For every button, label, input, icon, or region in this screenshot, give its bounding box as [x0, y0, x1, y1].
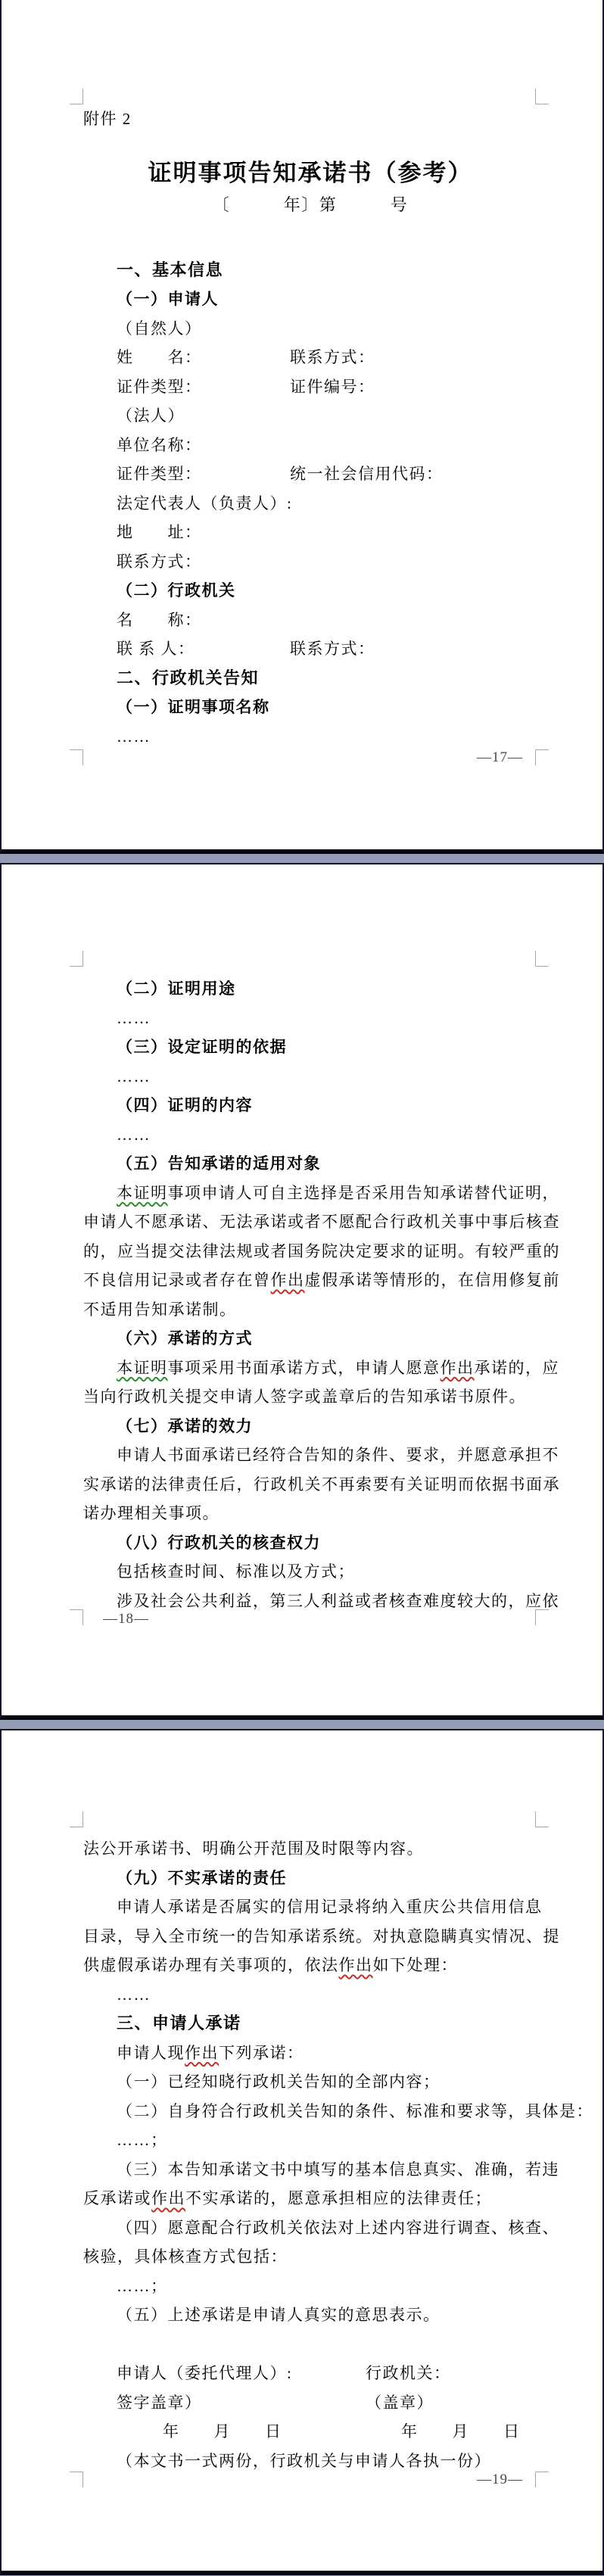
doc-line: 申请人承诺是否属实的信用记录将纳入重庆公共信用信息 — [83, 1892, 537, 1922]
doc-line-left: 年 月 日 — [163, 2417, 282, 2447]
doc-line: 的，应当提交法律法规或者国务院决定要求的证明。有较严重的 — [83, 1237, 537, 1266]
section-heading: 一、基本信息 — [83, 256, 537, 285]
doc-line: 诺办理相关事项。 — [83, 1499, 537, 1528]
doc-line-right: （盖章） — [366, 2388, 434, 2418]
margin-corner-mark — [70, 951, 83, 967]
doc-line: 目录，导入全市统一的告知承诺系统。对执意隐瞒真实情况、提 — [83, 1922, 537, 1951]
doc-line: 申请人现作出下列承诺： — [83, 2039, 537, 2068]
doc-line-left: 联 系 人： — [117, 634, 195, 664]
doc-line — [83, 2330, 537, 2360]
document-viewer: 附件 2证明事项告知承诺书（参考）〔 年〕第 号一、基本信息（一）申请人（自然人… — [0, 0, 604, 2575]
section-heading: （五）告知承诺的适用对象 — [83, 1149, 537, 1179]
spellcheck-green-underline: 本证明 — [117, 1184, 168, 1202]
margin-corner-mark — [70, 89, 83, 104]
doc-line-left: 证件类型： — [117, 459, 202, 489]
doc-line: ……； — [83, 2126, 537, 2155]
attachment-label: 附件 2 — [83, 104, 537, 134]
doc-line: （四）愿意配合行政机关依法对上述内容进行调查、核查、 — [83, 2213, 537, 2243]
doc-line: （二）自身符合行政机关告知的条件、标准和要求等，具体是： — [83, 2097, 537, 2126]
doc-text: 事项申请人可自主选择是否采用告知承诺替代证明， — [168, 1184, 560, 1202]
doc-line-left: 证件类型： — [117, 372, 202, 402]
section-heading: （九）不实承诺的责任 — [83, 1864, 537, 1893]
page-3: 法公开承诺书、明确公开范围及时限等内容。（九）不实承诺的责任申请人承诺是否属实的… — [0, 1729, 604, 2575]
section-heading: （七）承诺的效力 — [83, 1412, 537, 1441]
page-number: —19— — [477, 2472, 523, 2488]
doc-text: 不实承诺的，愿意承担相应的法律责任； — [185, 2189, 492, 2207]
doc-line: 本证明事项采用书面承诺方式，申请人愿意作出承诺的，应 — [83, 1353, 537, 1383]
section-heading: （二）行政机关 — [83, 576, 537, 606]
spellcheck-red-underline: 作出 — [271, 1271, 305, 1289]
doc-line: 单位名称： — [83, 431, 537, 460]
doc-text: 反承诺或 — [83, 2189, 151, 2207]
doc-line: 涉及社会公共利益，第三人利益或者核查难度较大的，应依 — [83, 1587, 537, 1616]
doc-line: 年 月 日年 月 日 — [83, 2417, 537, 2447]
section-heading: （一）证明事项名称 — [83, 693, 537, 722]
doc-line: 地 址： — [83, 518, 537, 547]
doc-line: ……； — [83, 2272, 537, 2301]
margin-corner-mark — [535, 749, 549, 765]
text-area: 附件 2证明事项告知承诺书（参考）〔 年〕第 号一、基本信息（一）申请人（自然人… — [83, 0, 537, 751]
doc-text: 虚假承诺等情形的，在信用修复前 — [305, 1271, 561, 1289]
doc-text: 供虚假承诺办理有关事项的，依法 — [83, 1956, 339, 1974]
doc-line: （法人） — [83, 401, 537, 431]
section-heading: 三、申请人承诺 — [83, 2009, 537, 2039]
doc-line-right: 证件编号： — [290, 372, 375, 402]
document-number-line: 〔 年〕第 号 — [83, 190, 537, 220]
doc-text: 不良信用记录或者存在曾 — [83, 1271, 271, 1289]
doc-line: 名 称： — [83, 606, 537, 635]
doc-line-right: 联系方式： — [290, 634, 375, 664]
section-heading: （一）申请人 — [83, 285, 537, 314]
doc-line: 联系方式： — [83, 547, 537, 577]
doc-line: （三）本告知承诺文书中填写的基本信息真实、准确，若违 — [83, 2155, 537, 2185]
section-heading: （二）证明用途 — [83, 974, 537, 1004]
spellcheck-red-underline: 作出 — [151, 2189, 185, 2207]
doc-line: 证件类型：统一社会信用代码： — [83, 459, 537, 489]
doc-line — [83, 220, 537, 256]
section-heading: （三）设定证明的依据 — [83, 1033, 537, 1062]
doc-line-right: 行政机关： — [366, 2359, 451, 2388]
document-title: 证明事项告知承诺书（参考） — [83, 157, 537, 190]
doc-line: 申请人（委托代理人）:行政机关： — [83, 2359, 537, 2388]
doc-line: 签字盖章）（盖章） — [83, 2388, 537, 2418]
doc-line: 包括核查时间、标准以及方式； — [83, 1557, 537, 1587]
doc-line: 供虚假承诺办理有关事项的，依法作出如下处理： — [83, 1951, 537, 1980]
doc-line: 姓 名：联系方式： — [83, 343, 537, 372]
section-heading: （八）行政机关的核查权力 — [83, 1528, 537, 1558]
margin-corner-mark — [70, 1811, 83, 1827]
text-area: （二）证明用途……（三）设定证明的依据……（四）证明的内容……（五）告知承诺的适… — [83, 864, 537, 1615]
doc-line: 法公开承诺书、明确公开范围及时限等内容。 — [83, 1834, 537, 1864]
doc-line: 核验，具体核查方式包括： — [83, 2242, 537, 2272]
section-heading: 二、行政机关告知 — [83, 664, 537, 693]
spellcheck-red-underline: 作出 — [185, 2044, 219, 2062]
doc-text: 下列承诺： — [219, 2044, 304, 2062]
page-1: 附件 2证明事项告知承诺书（参考）〔 年〕第 号一、基本信息（一）申请人（自然人… — [0, 0, 604, 854]
doc-line: …… — [83, 1062, 537, 1092]
doc-line-left: 签字盖章） — [117, 2388, 202, 2418]
doc-line: 法定代表人（负责人）: — [83, 489, 537, 519]
doc-line: …… — [83, 1980, 537, 2010]
section-heading: （四）证明的内容 — [83, 1091, 537, 1120]
doc-line-right: 统一社会信用代码： — [290, 459, 444, 489]
doc-line: 实承诺的法律责任后，行政机关不再索要有关证明而依据书面承 — [83, 1470, 537, 1500]
margin-corner-mark — [70, 1609, 83, 1625]
doc-line-right: 联系方式： — [290, 343, 375, 372]
page-number: —18— — [103, 1611, 149, 1628]
doc-text: 事项采用书面承诺方式，申请人愿意 — [168, 1359, 441, 1377]
doc-line: 不适用告知承诺制。 — [83, 1295, 537, 1325]
doc-line: （五）上述承诺是申请人真实的意思表示。 — [83, 2300, 537, 2330]
doc-line: 反承诺或作出不实承诺的，愿意承担相应的法律责任； — [83, 2184, 537, 2213]
doc-line: …… — [83, 1120, 537, 1150]
doc-line: （本文书一式两份，行政机关与申请人各执一份） — [83, 2447, 537, 2476]
doc-text: 承诺的，应 — [475, 1359, 560, 1377]
doc-line: 联 系 人：联系方式： — [83, 634, 537, 664]
section-heading: （六）承诺的方式 — [83, 1324, 537, 1353]
doc-line: 本证明事项申请人可自主选择是否采用告知承诺替代证明， — [83, 1179, 537, 1208]
spellcheck-green-underline: 本证明 — [117, 1359, 168, 1377]
doc-line: 当向行政机关提交申请人签字或盖章后的告知承诺书原件。 — [83, 1382, 537, 1412]
doc-line-left: 申请人（委托代理人）: — [117, 2359, 292, 2388]
doc-line: 申请人书面承诺已经符合告知的条件、要求，并愿意承担不 — [83, 1441, 537, 1470]
margin-corner-mark — [70, 2472, 83, 2487]
doc-line: 不良信用记录或者存在曾作出虚假承诺等情形的，在信用修复前 — [83, 1266, 537, 1295]
doc-line: …… — [83, 1004, 537, 1033]
doc-line-right: 年 月 日 — [401, 2417, 521, 2447]
doc-line: …… — [83, 722, 537, 752]
doc-text: 如下处理： — [373, 1956, 459, 1974]
doc-line: （一）已经知晓行政机关告知的全部内容； — [83, 2067, 537, 2097]
page-number: —17— — [477, 749, 523, 766]
page-2: （二）证明用途……（三）设定证明的依据……（四）证明的内容……（五）告知承诺的适… — [0, 863, 604, 1720]
doc-line-left: 姓 名： — [117, 343, 202, 372]
spellcheck-red-underline: 作出 — [441, 1359, 475, 1377]
text-area: 法公开承诺书、明确公开范围及时限等内容。（九）不实承诺的责任申请人承诺是否属实的… — [83, 1730, 537, 2475]
doc-text: 申请人现 — [117, 2044, 185, 2062]
doc-line: （自然人） — [83, 314, 537, 344]
doc-line: 证件类型：证件编号： — [83, 372, 537, 402]
margin-corner-mark — [70, 749, 83, 765]
spellcheck-red-underline: 作出 — [339, 1956, 373, 1974]
doc-line: 申请人不愿承诺、无法承诺或者不愿配合行政机关事中事后核查 — [83, 1207, 537, 1237]
